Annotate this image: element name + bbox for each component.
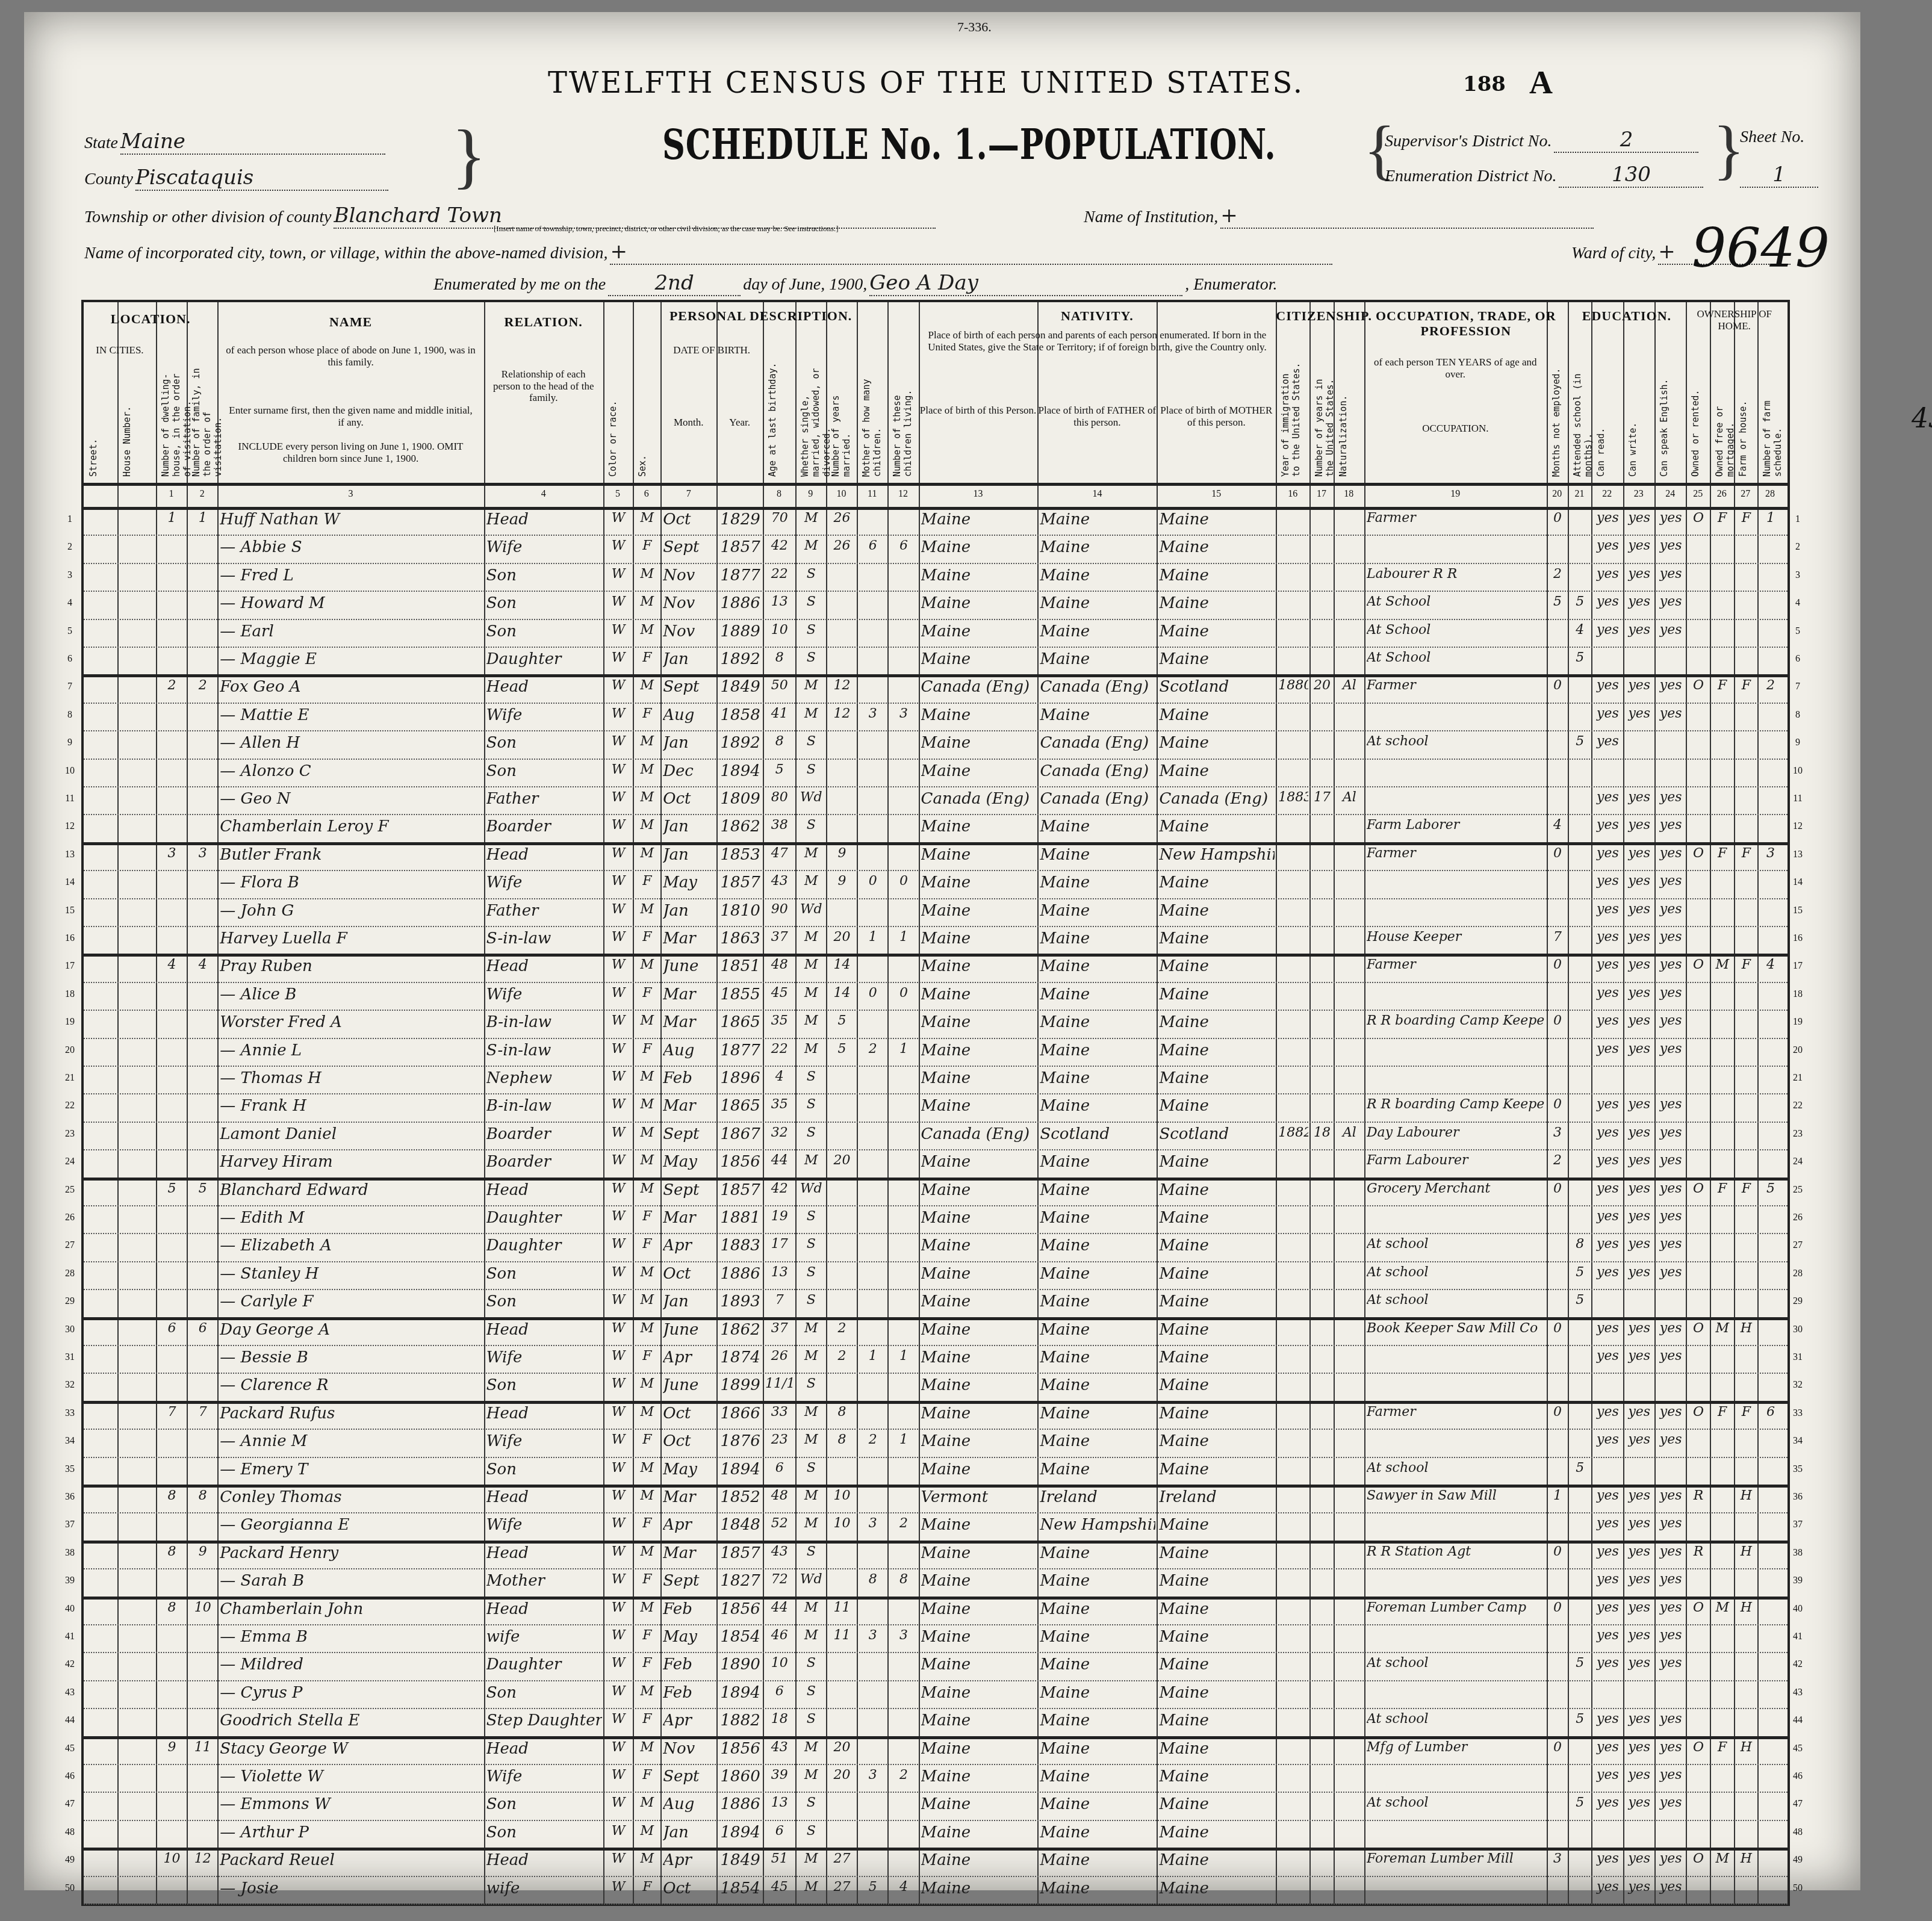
cell-fh <box>1736 1684 1757 1708</box>
row-number-left: 7 <box>61 681 79 692</box>
cell-mon: Apr <box>663 1851 715 1875</box>
cell-fs <box>1760 1795 1781 1819</box>
cell-sch: 5 <box>1570 1265 1591 1289</box>
cell-pob: Maine <box>921 1321 1037 1345</box>
cell-ym <box>828 1544 856 1568</box>
cell-pobm: Maine <box>1159 762 1275 786</box>
cell-age: 23 <box>765 1432 794 1456</box>
cell-mc <box>859 1740 886 1764</box>
cell-sex: M <box>635 1795 660 1819</box>
cell-yr: 1848 <box>719 1516 762 1540</box>
cell-name: Huff Nathan W <box>220 511 482 535</box>
cell-age: 48 <box>765 957 794 981</box>
vertical-header-house: House Number. <box>122 362 140 477</box>
cell-cl <box>890 1488 917 1512</box>
cell-mu: 2 <box>1549 566 1567 591</box>
cell-dw: 5 <box>158 1181 185 1205</box>
cell-own <box>1688 1879 1709 1904</box>
cell-ms: S <box>798 566 825 591</box>
cell-dw <box>158 1460 185 1485</box>
cell-mon: Nov <box>663 566 715 591</box>
cell-yr: 1829 <box>719 511 762 535</box>
cell-cl: 4 <box>890 1879 917 1904</box>
cell-pob: Canada (Eng) <box>921 790 1037 814</box>
cell-yr: 1894 <box>719 762 762 786</box>
cell-cl <box>890 1181 917 1205</box>
cell-ms: S <box>798 1265 825 1289</box>
cell-pobf: Maine <box>1040 1851 1155 1875</box>
cell-sex: M <box>635 622 660 647</box>
cell-mc <box>859 1237 886 1261</box>
cell-mc: 0 <box>859 874 886 898</box>
cell-occ: At school <box>1367 1237 1545 1261</box>
cell-rd: yes <box>1594 1041 1621 1066</box>
cell-sch <box>1570 846 1591 870</box>
row-number-left: 26 <box>61 1212 79 1223</box>
cell-mc: 2 <box>859 1432 886 1456</box>
cell-fam: 11 <box>189 1740 216 1764</box>
cell-yr: 1899 <box>719 1376 762 1400</box>
row-divider <box>84 1457 1788 1458</box>
cell-rel: Son <box>486 734 602 758</box>
cell-rel: B-in-law <box>486 1013 602 1037</box>
cell-ms: M <box>798 1321 825 1345</box>
cell-rd <box>1594 1376 1621 1400</box>
cell-ym <box>828 818 856 842</box>
row-divider <box>84 982 1788 983</box>
cell-mc <box>859 622 886 647</box>
cell-dw <box>158 1097 185 1121</box>
enumerated-suffix: day of June, 1900, <box>743 275 867 294</box>
cell-occ: Sawyer in Saw Mill <box>1367 1488 1545 1512</box>
cell-age: 44 <box>765 1600 794 1624</box>
column-number: 23 <box>1627 489 1651 500</box>
cell-yus <box>1312 1460 1332 1485</box>
column-divider <box>187 302 188 1904</box>
cell-mon: Oct <box>663 1432 715 1456</box>
row-divider <box>84 730 1788 731</box>
cell-sch <box>1570 1851 1591 1875</box>
cell-pob: Maine <box>921 511 1037 535</box>
cell-ym: 11 <box>828 1628 856 1652</box>
cell-yus <box>1312 1740 1332 1764</box>
cell-ym <box>828 650 856 674</box>
cell-ym: 10 <box>828 1516 856 1540</box>
cell-mon: Apr <box>663 1516 715 1540</box>
cell-fh <box>1736 1767 1757 1792</box>
cell-yr: 1856 <box>719 1153 762 1177</box>
cell-wr: yes <box>1626 1237 1653 1261</box>
cell-own <box>1688 1069 1709 1093</box>
cell-yus <box>1312 1628 1332 1652</box>
cell-fam <box>189 1460 216 1485</box>
cell-sp: yes <box>1657 1181 1685 1205</box>
cell-rel: Head <box>486 1544 602 1568</box>
cell-own <box>1688 1013 1709 1037</box>
cell-sex: M <box>635 1460 660 1485</box>
row-divider <box>84 1597 1788 1600</box>
cell-age: 5 <box>765 762 794 786</box>
ownership-header: OWNERSHIP OF HOME. <box>1686 308 1783 326</box>
cell-name: Goodrich Stella E <box>220 1712 482 1736</box>
cell-wr: yes <box>1626 1348 1653 1373</box>
cell-mon: Aug <box>663 1795 715 1819</box>
cell-sex: M <box>635 1404 660 1429</box>
cell-own <box>1688 1572 1709 1596</box>
cell-mc <box>859 818 886 842</box>
cell-dw: 8 <box>158 1544 185 1568</box>
row-number-left: 22 <box>61 1100 79 1111</box>
row-number-right: 17 <box>1789 961 1807 972</box>
cell-fh: F <box>1736 678 1757 702</box>
cell-fam <box>189 1795 216 1819</box>
column-number: 4 <box>532 489 556 500</box>
cell-mu <box>1549 1293 1567 1317</box>
cell-mc <box>859 846 886 870</box>
cell-name: Packard Rufus <box>220 1404 482 1429</box>
cell-mc <box>859 1376 886 1400</box>
cell-cl: 1 <box>890 1041 917 1066</box>
citizenship-header: CITIZENSHIP. <box>1276 308 1364 326</box>
cell-dw <box>158 874 185 898</box>
cell-age: 46 <box>765 1628 794 1652</box>
cell-mu: 0 <box>1549 846 1567 870</box>
cell-sex: F <box>635 874 660 898</box>
cell-pobf: Maine <box>1040 1544 1155 1568</box>
cell-ms: M <box>798 538 825 562</box>
cell-yr: 1882 <box>719 1712 762 1736</box>
cell-mu <box>1549 790 1567 814</box>
cell-mc: 3 <box>859 706 886 730</box>
row-divider <box>84 1093 1788 1094</box>
cell-sp: yes <box>1657 706 1685 730</box>
cell-mon: Jan <box>663 1823 715 1848</box>
cell-sch <box>1570 1321 1591 1345</box>
cell-sp <box>1657 650 1685 674</box>
row-number-left: 40 <box>61 1604 79 1615</box>
cell-nat <box>1336 1181 1363 1205</box>
cell-fam <box>189 985 216 1010</box>
cell-yr: 1865 <box>719 1013 762 1037</box>
cell-pobf: Maine <box>1040 1209 1155 1233</box>
cell-yus <box>1312 1348 1332 1373</box>
cell-ym: 10 <box>828 1488 856 1512</box>
cell-nat <box>1336 1153 1363 1177</box>
cell-ms: S <box>798 1209 825 1233</box>
cell-sch <box>1570 902 1591 926</box>
cell-occ: R R Station Agt <box>1367 1544 1545 1568</box>
cell-dw <box>158 1823 185 1848</box>
cell-pob: Maine <box>921 1432 1037 1456</box>
row-number-right: 33 <box>1789 1408 1807 1419</box>
cell-wr: yes <box>1626 1628 1653 1652</box>
cell-pob: Maine <box>921 1656 1037 1680</box>
cell-ym: 5 <box>828 1041 856 1066</box>
cell-age: 45 <box>765 985 794 1010</box>
cell-fm: F <box>1712 846 1733 870</box>
cell-rel: Son <box>486 1460 602 1485</box>
cell-rd: yes <box>1594 1572 1621 1596</box>
cell-ym <box>828 1823 856 1848</box>
cell-mu <box>1549 985 1567 1010</box>
cell-sex: F <box>635 1767 660 1792</box>
column-divider <box>660 302 662 1904</box>
cell-cl <box>890 1600 917 1624</box>
cell-fs <box>1760 1432 1781 1456</box>
cell-sex: F <box>635 1516 660 1540</box>
cell-fs: 4 <box>1760 957 1781 981</box>
cell-fm <box>1712 622 1733 647</box>
cell-fam <box>189 1376 216 1400</box>
row-divider <box>84 926 1788 927</box>
cell-age: 39 <box>765 1767 794 1792</box>
cell-own <box>1688 734 1709 758</box>
cell-pobf: Ireland <box>1040 1488 1155 1512</box>
cell-fs <box>1760 1712 1781 1736</box>
cell-ym <box>828 1572 856 1596</box>
cell-occ: Day Labourer <box>1367 1125 1545 1149</box>
cell-dw <box>158 1209 185 1233</box>
cell-pobm: Maine <box>1159 1740 1275 1764</box>
cell-yr: 1809 <box>719 790 762 814</box>
cell-ym <box>828 1376 856 1400</box>
cell-sp <box>1657 1293 1685 1317</box>
cell-dw <box>158 929 185 954</box>
cell-rd: yes <box>1594 1404 1621 1429</box>
cell-rel: Head <box>486 1600 602 1624</box>
cell-name: — Maggie E <box>220 650 482 674</box>
cell-name: — Elizabeth A <box>220 1237 482 1261</box>
cell-rel: Wife <box>486 985 602 1010</box>
row-number-left: 23 <box>61 1129 79 1140</box>
cell-fm: F <box>1712 1404 1733 1429</box>
cell-fm: M <box>1712 1851 1733 1875</box>
row-number-right: 40 <box>1789 1604 1807 1615</box>
cell-fh <box>1736 1376 1757 1400</box>
cell-yr: 1894 <box>719 1823 762 1848</box>
row-number-right: 31 <box>1789 1352 1807 1363</box>
cell-sp: yes <box>1657 1879 1685 1904</box>
occupation-description: of each person TEN YEARS of age and over… <box>1368 356 1543 393</box>
cell-ym <box>828 1209 856 1233</box>
cell-fam <box>189 902 216 926</box>
cell-mc <box>859 1404 886 1429</box>
cell-yus <box>1312 1153 1332 1177</box>
cell-cl <box>890 1321 917 1345</box>
cell-occ: Farmer <box>1367 957 1545 981</box>
cell-ms: Wd <box>798 902 825 926</box>
cell-imm <box>1278 1740 1308 1764</box>
row-divider <box>84 1233 1788 1234</box>
cell-sp: yes <box>1657 1404 1685 1429</box>
row-number-right: 26 <box>1789 1212 1807 1223</box>
cell-fh <box>1736 929 1757 954</box>
cell-name: Conley Thomas <box>220 1488 482 1512</box>
cell-sch <box>1570 1488 1591 1512</box>
cell-pobm: Maine <box>1159 594 1275 618</box>
cell-fam <box>189 566 216 591</box>
cell-yus <box>1312 1712 1332 1736</box>
cell-sch <box>1570 1376 1591 1400</box>
row-divider <box>84 1680 1788 1681</box>
row-divider <box>84 1345 1788 1346</box>
cell-name: — Georgianna E <box>220 1516 482 1540</box>
cell-color: W <box>606 734 632 758</box>
cell-pobm: Maine <box>1159 1684 1275 1708</box>
cell-cl: 1 <box>890 1432 917 1456</box>
cell-ms: S <box>798 1376 825 1400</box>
cell-yus <box>1312 957 1332 981</box>
cell-own <box>1688 1516 1709 1540</box>
cell-ym <box>828 1656 856 1680</box>
cell-pobf: Maine <box>1040 1740 1155 1764</box>
vertical-header-free-mortgaged: Owned free or mortgaged. <box>1714 362 1732 477</box>
vertical-header-can-write: Can write. <box>1627 362 1645 477</box>
row-divider <box>84 591 1788 592</box>
cell-rd: yes <box>1594 1125 1621 1149</box>
cell-color: W <box>606 762 632 786</box>
cell-ms: Wd <box>798 790 825 814</box>
cell-fm <box>1712 734 1733 758</box>
cell-mon: Nov <box>663 594 715 618</box>
row-number-left: 28 <box>61 1268 79 1279</box>
cell-age: 22 <box>765 1041 794 1066</box>
cell-sp: yes <box>1657 790 1685 814</box>
cell-occ: At school <box>1367 1712 1545 1736</box>
cell-mon: Jan <box>663 902 715 926</box>
cell-sex: M <box>635 957 660 981</box>
cell-imm <box>1278 538 1308 562</box>
cell-sp: yes <box>1657 902 1685 926</box>
cell-yus <box>1312 1097 1332 1121</box>
vertical-header-months-unemployed: Months not employed. <box>1551 362 1569 477</box>
row-number-left: 33 <box>61 1408 79 1419</box>
cell-sp: yes <box>1657 1153 1685 1177</box>
cell-name: — Frank H <box>220 1097 482 1121</box>
cell-cl <box>890 1265 917 1289</box>
row-divider <box>84 1317 1788 1320</box>
cell-dw: 6 <box>158 1321 185 1345</box>
cell-wr: yes <box>1626 1740 1653 1764</box>
cell-nat <box>1336 1823 1363 1848</box>
cell-dw <box>158 1348 185 1373</box>
cell-rel: Wife <box>486 1516 602 1540</box>
cell-pobf: Maine <box>1040 1348 1155 1373</box>
cell-name: Chamberlain Leroy F <box>220 818 482 842</box>
row-number-left: 42 <box>61 1659 79 1670</box>
row-divider <box>84 1261 1788 1262</box>
cell-pobm: Maine <box>1159 1516 1275 1540</box>
cell-ym: 8 <box>828 1432 856 1456</box>
row-number-right: 19 <box>1789 1017 1807 1028</box>
cell-pobm: Maine <box>1159 538 1275 562</box>
cell-mc <box>859 566 886 591</box>
cell-own <box>1688 818 1709 842</box>
cell-cl: 2 <box>890 1767 917 1792</box>
cell-name: — Emmons W <box>220 1795 482 1819</box>
township-hint: [Insert name of township, town, precinct… <box>494 224 839 234</box>
cell-ms: S <box>798 622 825 647</box>
cell-pob: Maine <box>921 1600 1037 1624</box>
cell-cl <box>890 650 917 674</box>
cell-fs <box>1760 566 1781 591</box>
cell-age: 42 <box>765 1181 794 1205</box>
cell-age: 6 <box>765 1684 794 1708</box>
cell-pob: Maine <box>921 902 1037 926</box>
cell-color: W <box>606 1432 632 1456</box>
cell-mu <box>1549 1265 1567 1289</box>
cell-dw <box>158 902 185 926</box>
cell-imm <box>1278 734 1308 758</box>
cell-occ: Farmer <box>1367 846 1545 870</box>
row-number-left: 47 <box>61 1799 79 1810</box>
cell-ym <box>828 1069 856 1093</box>
cell-name: — Emma B <box>220 1628 482 1652</box>
cell-pobf: Maine <box>1040 874 1155 898</box>
cell-mc: 1 <box>859 929 886 954</box>
column-number: 5 <box>606 489 630 500</box>
row-number-right: 28 <box>1789 1268 1807 1279</box>
cell-age: 90 <box>765 902 794 926</box>
cell-pobm: Maine <box>1159 1432 1275 1456</box>
cell-fh <box>1736 1628 1757 1652</box>
cell-yr: 1886 <box>719 1795 762 1819</box>
cell-sex: F <box>635 1628 660 1652</box>
cell-pobm: Maine <box>1159 1237 1275 1261</box>
column-divider <box>1037 302 1039 1904</box>
cell-fh <box>1736 1712 1757 1736</box>
cell-rd <box>1594 1823 1621 1848</box>
cell-cl: 3 <box>890 706 917 730</box>
cell-name: — Edith M <box>220 1209 482 1233</box>
cell-fam <box>189 1572 216 1596</box>
cell-mon: Nov <box>663 1740 715 1764</box>
cell-sp: yes <box>1657 1013 1685 1037</box>
cell-dw <box>158 1013 185 1037</box>
cell-pobm: Maine <box>1159 1460 1275 1485</box>
row-number-left: 48 <box>61 1827 79 1838</box>
cell-imm <box>1278 1376 1308 1400</box>
cell-ms: M <box>798 1516 825 1540</box>
cell-sch <box>1570 1516 1591 1540</box>
cell-wr: yes <box>1626 566 1653 591</box>
cell-pobm: Maine <box>1159 1069 1275 1093</box>
cell-sex: F <box>635 1041 660 1066</box>
cell-pob: Canada (Eng) <box>921 678 1037 702</box>
cell-occ <box>1367 874 1545 898</box>
enumeration-label: Enumeration District No. <box>1385 167 1556 185</box>
cell-sch <box>1570 1153 1591 1177</box>
cell-own <box>1688 762 1709 786</box>
cell-nat <box>1336 1041 1363 1066</box>
cell-yr: 1855 <box>719 985 762 1010</box>
vertical-header-sex: Sex. <box>637 362 655 477</box>
cell-fh <box>1736 1125 1757 1149</box>
cell-fs <box>1760 1544 1781 1568</box>
cell-fm <box>1712 1488 1733 1512</box>
cell-sch <box>1570 1544 1591 1568</box>
cell-pobm: Maine <box>1159 1544 1275 1568</box>
cell-pobm: Maine <box>1159 1209 1275 1233</box>
cell-name: — Alonzo C <box>220 762 482 786</box>
cell-nat <box>1336 1321 1363 1345</box>
column-number: 1 <box>160 489 184 500</box>
row-divider <box>84 703 1788 704</box>
cell-sex: M <box>635 1069 660 1093</box>
cell-mu <box>1549 1460 1567 1485</box>
cell-own: O <box>1688 957 1709 981</box>
cell-mon: Mar <box>663 1209 715 1233</box>
